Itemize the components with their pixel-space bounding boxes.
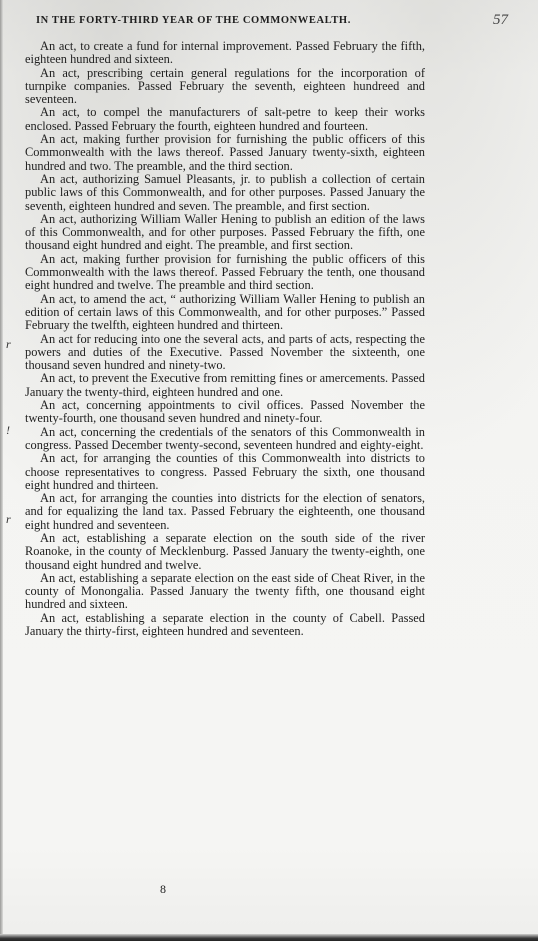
act-entry: An act, prescribing certain general regu… <box>25 67 425 107</box>
act-entry: An act, to compel the manufacturers of s… <box>25 106 425 133</box>
act-entry: An act, concerning appointments to civil… <box>25 399 425 426</box>
act-entry: An act, to prevent the Executive from re… <box>25 372 425 399</box>
act-entry: An act for reducing into one the several… <box>25 333 425 373</box>
act-entry: An act, establishing a separate election… <box>25 532 425 572</box>
margin-annotation: r <box>6 512 11 527</box>
act-entry: An act, to create a fund for internal im… <box>25 40 425 67</box>
act-entry: An act, making further provision for fur… <box>25 133 425 173</box>
page-gutter-shadow <box>0 0 3 941</box>
act-entry: An act, for arranging the counties into … <box>25 492 425 532</box>
act-entry: An act, establishing a separate election… <box>25 612 425 639</box>
page-number: 57 <box>493 12 508 29</box>
acts-list: An act, to create a fund for internal im… <box>25 40 425 638</box>
act-entry: An act, for arranging the counties of th… <box>25 452 425 492</box>
act-entry: An act, authorizing Samuel Pleasants, jr… <box>25 173 425 213</box>
act-entry: An act, making further provision for fur… <box>25 253 425 293</box>
act-entry: An act, establishing a separate election… <box>25 572 425 612</box>
act-entry: An act, to amend the act, “ authorizing … <box>25 293 425 333</box>
signature-mark: 8 <box>160 882 166 897</box>
page-bottom-edge <box>0 934 538 941</box>
margin-annotation: ! <box>6 423 10 438</box>
act-entry: An act, authorizing William Waller Henin… <box>25 213 425 253</box>
book-page: In the Forty-Third Year of the Commonwea… <box>0 0 538 941</box>
act-entry: An act, concerning the credentials of th… <box>25 426 425 453</box>
margin-annotation: r <box>6 337 11 352</box>
running-head: In the Forty-Third Year of the Commonwea… <box>36 15 416 26</box>
